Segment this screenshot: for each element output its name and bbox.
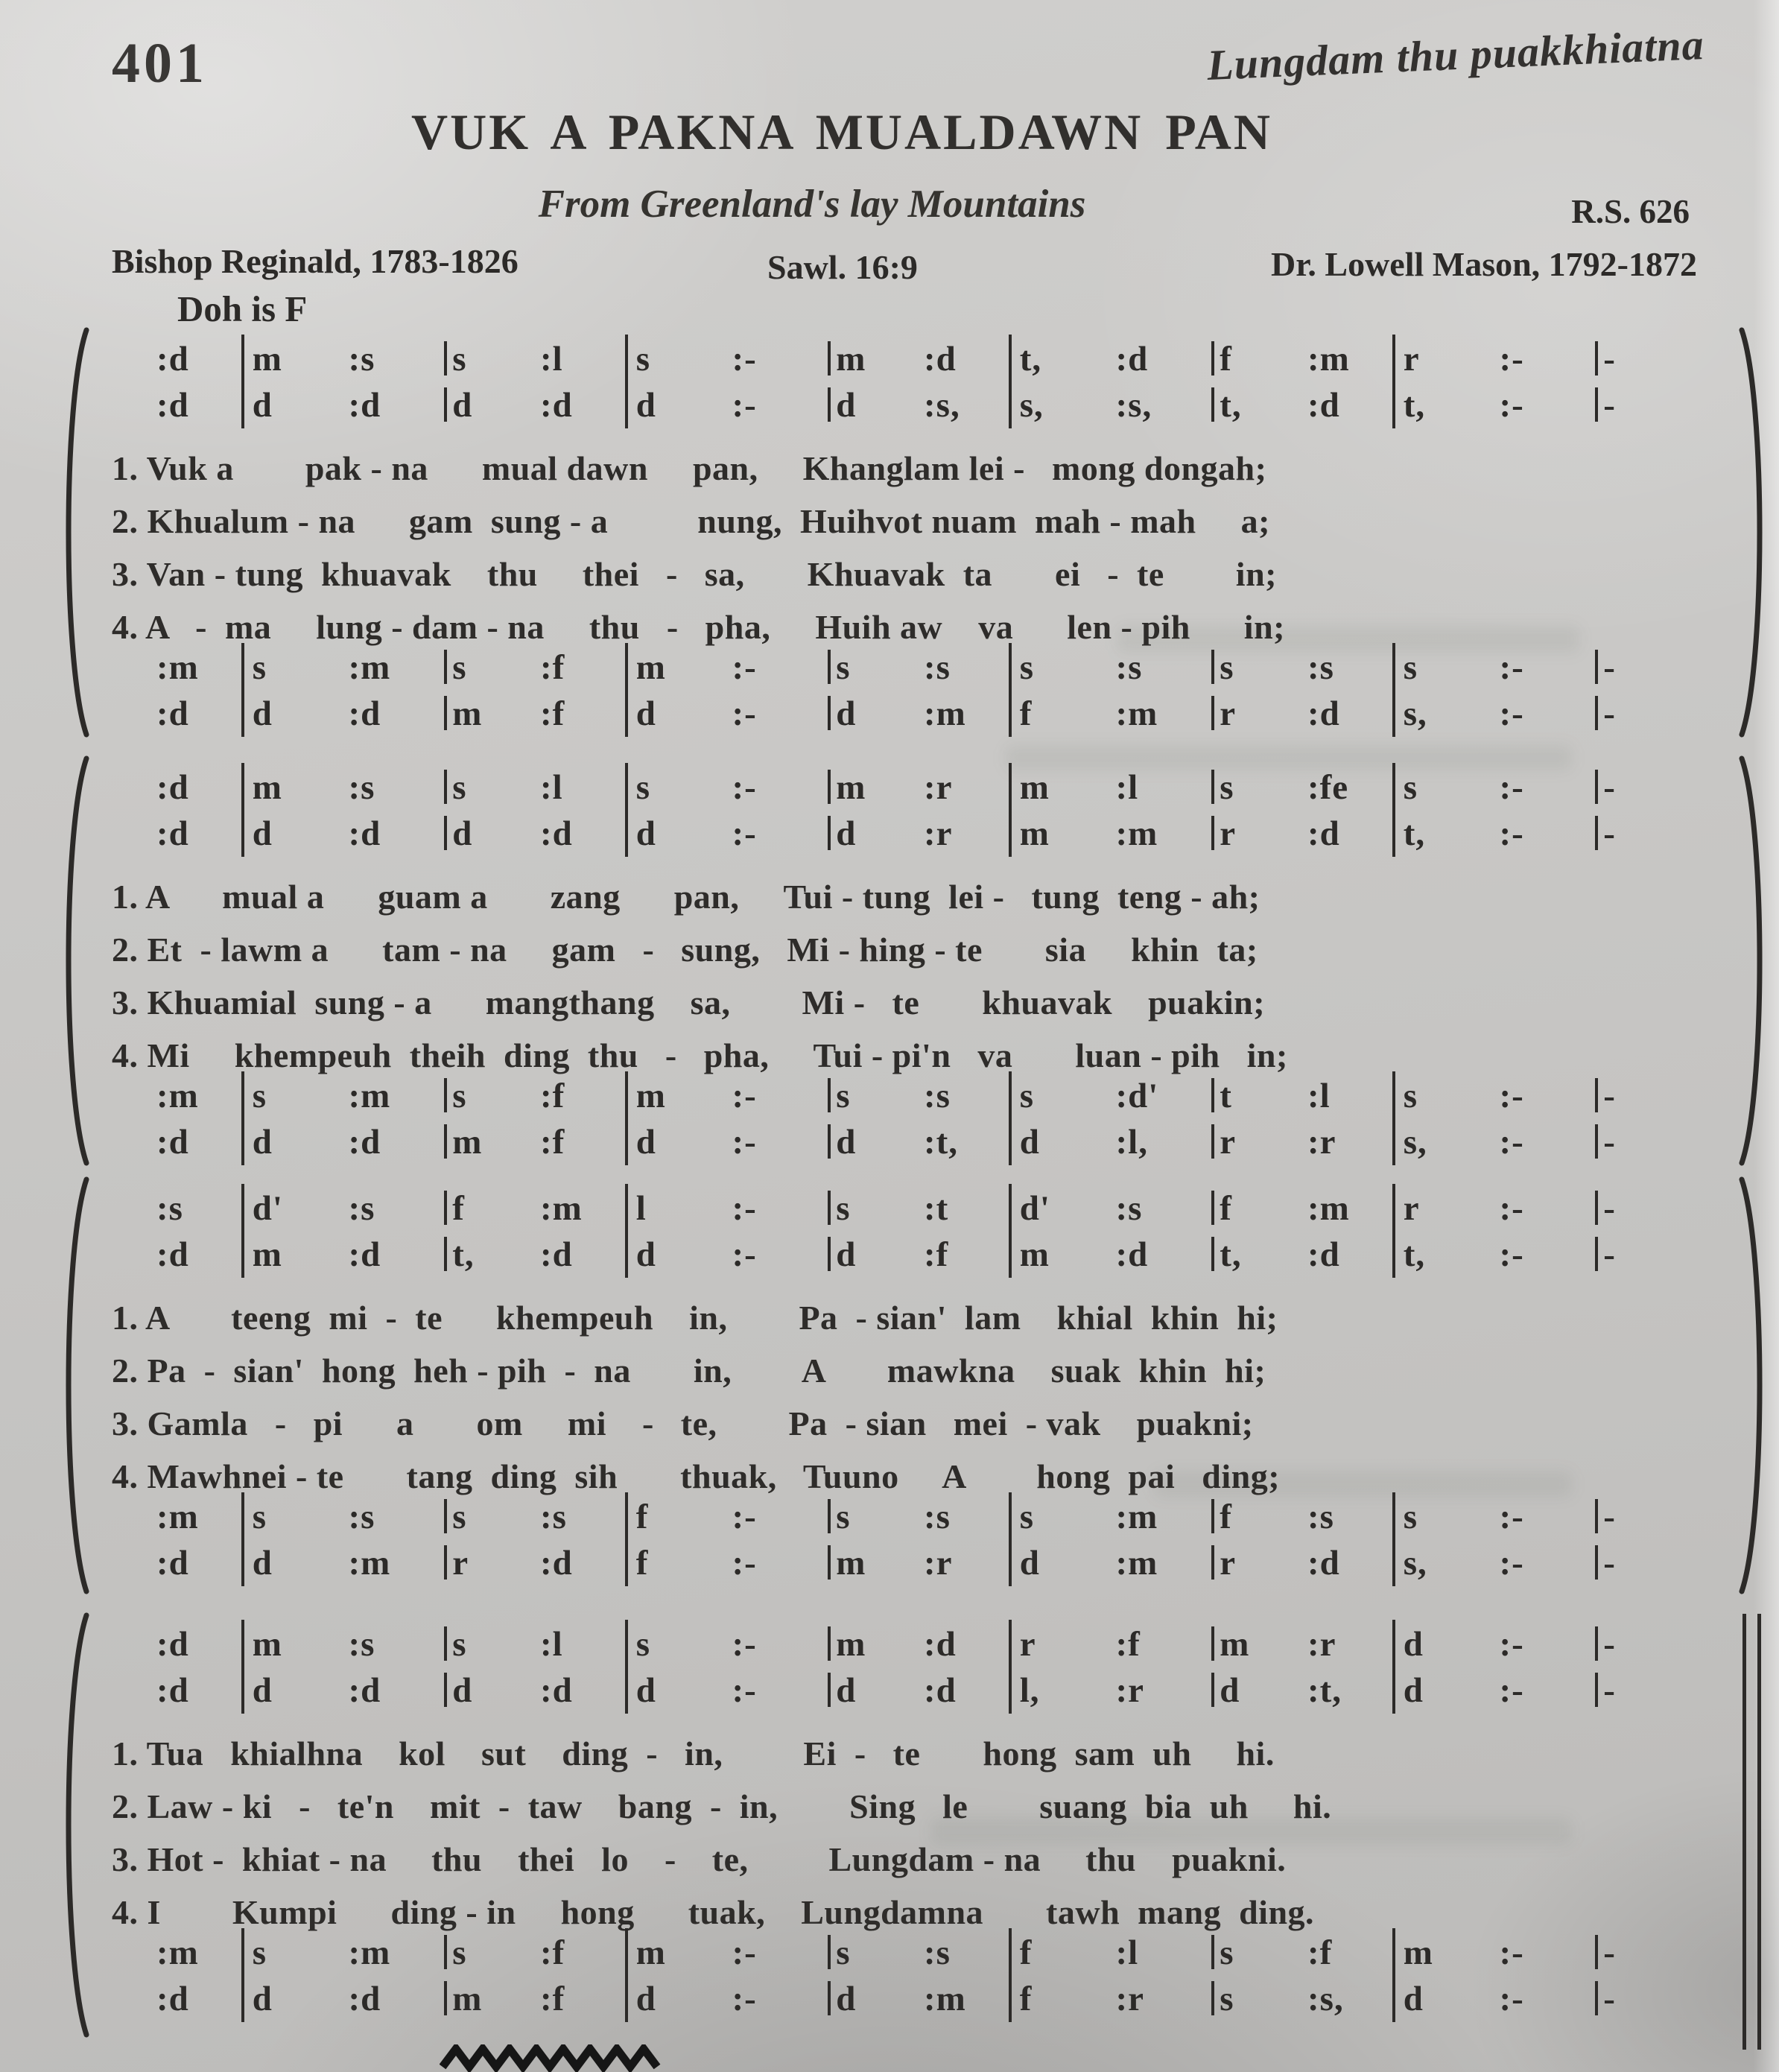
solfa-cell: :m bbox=[349, 1543, 445, 1583]
solfa-cell: :- bbox=[1500, 1188, 1596, 1229]
half-barline bbox=[1595, 816, 1598, 850]
solfa-cell: :t, bbox=[924, 1122, 1020, 1162]
solfa-cell: :f bbox=[540, 1979, 636, 2019]
solfa-cell: :d bbox=[156, 767, 253, 808]
half-barline bbox=[828, 1935, 831, 1969]
solfa-cell: f bbox=[636, 1497, 732, 1537]
verse-line: 2. Pa - sian' hong heh - pih - na in, A … bbox=[112, 1344, 1736, 1397]
half-barline bbox=[1595, 1237, 1598, 1271]
half-barline bbox=[1595, 1981, 1598, 2015]
solfa-cell: :f bbox=[540, 647, 636, 688]
half-barline bbox=[1595, 387, 1598, 422]
solfa-cell: s bbox=[1020, 1497, 1116, 1537]
solfa-cell: :m bbox=[349, 647, 445, 688]
solfa-line: :dd:dd:dd:-d:dl,:rd:t,d:-- bbox=[156, 1667, 1691, 1714]
solfa-cell: :- bbox=[1500, 814, 1596, 854]
half-barline bbox=[828, 1499, 831, 1533]
solfa-cell: :- bbox=[732, 1188, 828, 1229]
verse-line: 1. A teeng mi - te khempeuh in, Pa - sia… bbox=[112, 1291, 1736, 1344]
solfa-cell: :f bbox=[1116, 1624, 1212, 1664]
solfa-cell: l bbox=[636, 1188, 732, 1229]
half-barline bbox=[1211, 1935, 1214, 1969]
solfa-cell: :f bbox=[540, 1933, 636, 1973]
verse-line: 3. Khuamial sung - a mangthang sa, Mi - … bbox=[112, 976, 1736, 1029]
solfa-cell: s bbox=[1211, 767, 1307, 808]
solfa-cell: :- bbox=[732, 814, 828, 854]
solfa-cell: :s bbox=[924, 1076, 1020, 1116]
solfa-cell: f bbox=[444, 1188, 540, 1229]
solfa-line: :dd:dm:fd:-d:mf:rs:s,d:-- bbox=[156, 1976, 1691, 2022]
solfa-line: :dm:ss:ls:-m:dt,:df:mr:-- bbox=[156, 336, 1691, 382]
solfa-cell: :d bbox=[349, 1235, 445, 1275]
solfa-cell: s bbox=[636, 1624, 732, 1664]
half-barline bbox=[444, 1124, 447, 1159]
half-barline bbox=[444, 1673, 447, 1707]
solfa-cell: m bbox=[1020, 1235, 1116, 1275]
solfa-cell: m bbox=[1404, 1933, 1500, 1973]
solfa-staff: :ms:ms:fm:-s:ss:d't:ls:--:dd:dm:fd:-d:t,… bbox=[112, 1073, 1736, 1165]
half-barline bbox=[1211, 1673, 1214, 1707]
solfa-cell: d bbox=[636, 814, 732, 854]
solfa-line: :dm:ss:ls:-m:rm:ls:fes:-- bbox=[156, 764, 1691, 811]
solfa-cell: :- bbox=[1500, 1624, 1596, 1664]
solfa-cell: l, bbox=[1020, 1670, 1116, 1711]
half-barline bbox=[1211, 1499, 1214, 1533]
solfa-cell: :d bbox=[156, 1543, 253, 1583]
solfa-cell: d bbox=[444, 385, 540, 425]
solfa-cell: :- bbox=[732, 767, 828, 808]
solfa-cell: :d bbox=[1307, 1235, 1404, 1275]
solfa-cell: d bbox=[1020, 1543, 1116, 1583]
hymn-system-block: :dm:ss:ls:-m:rm:ls:fes:--:dd:dd:dd:-d:rm… bbox=[112, 760, 1736, 1173]
solfa-cell: s, bbox=[1404, 1122, 1500, 1162]
solfa-cell: d bbox=[1020, 1122, 1116, 1162]
solfa-cell: :d bbox=[156, 1624, 253, 1664]
solfa-cell: m bbox=[636, 1076, 732, 1116]
solfa-cell: d bbox=[828, 1670, 924, 1711]
solfa-cell: :d bbox=[1307, 694, 1404, 734]
solfa-cell: d bbox=[828, 1122, 924, 1162]
solfa-cell: :d bbox=[540, 1543, 636, 1583]
verse-group: 1. Tua khialhna kol sut ding - in, Ei - … bbox=[112, 1727, 1736, 1939]
solfa-cell: f bbox=[1211, 1188, 1307, 1229]
hymn-system-block: :dm:ss:ls:-m:dt,:df:mr:--:dd:dd:dd:-d:s,… bbox=[112, 332, 1736, 745]
solfa-cell: :s bbox=[924, 647, 1020, 688]
half-barline bbox=[1595, 696, 1598, 730]
solfa-cell: :- bbox=[1500, 385, 1596, 425]
solfa-cell: d' bbox=[1020, 1188, 1116, 1229]
solfa-staff: :dm:ss:ls:-m:dt,:df:mr:--:dd:dd:dd:-d:s,… bbox=[112, 336, 1736, 428]
solfa-cell: :- bbox=[1500, 1933, 1596, 1973]
solfa-cell: :- bbox=[732, 1076, 828, 1116]
solfa-cell: :s bbox=[349, 767, 445, 808]
half-barline bbox=[444, 770, 447, 804]
solfa-cell: t, bbox=[1404, 1235, 1500, 1275]
solfa-cell: :- bbox=[1500, 339, 1596, 379]
solfa-cell: - bbox=[1595, 1497, 1691, 1537]
solfa-cell: :f bbox=[540, 1076, 636, 1116]
solfa-cell: :s bbox=[156, 1188, 253, 1229]
solfa-cell: :- bbox=[732, 1670, 828, 1711]
half-barline bbox=[1211, 1237, 1214, 1271]
solfa-cell: m bbox=[444, 1122, 540, 1162]
solfa-cell: :s bbox=[1116, 1188, 1212, 1229]
system-brace-right bbox=[1736, 754, 1775, 1168]
solfa-cell: d' bbox=[253, 1188, 349, 1229]
solfa-cell: t, bbox=[1404, 814, 1500, 854]
solfa-cell: m bbox=[828, 1624, 924, 1664]
half-barline bbox=[1211, 1078, 1214, 1112]
solfa-cell: - bbox=[1595, 385, 1691, 425]
system-brace-right bbox=[1736, 1175, 1775, 1596]
solfa-line: :dd:mr:df:-m:rd:mr:ds,:-- bbox=[156, 1540, 1691, 1586]
verse-line: 2. Khualum - na gam sung - a nung, Huihv… bbox=[112, 495, 1736, 548]
solfa-cell: s bbox=[828, 1497, 924, 1537]
solfa-cell: d bbox=[253, 1670, 349, 1711]
half-barline bbox=[1595, 1124, 1598, 1159]
half-barline bbox=[1595, 1935, 1598, 1969]
solfa-cell: :l bbox=[1307, 1076, 1404, 1116]
solfa-cell: :- bbox=[1500, 1979, 1596, 2019]
solfa-cell: :l, bbox=[1116, 1122, 1212, 1162]
solfa-cell: s bbox=[1211, 647, 1307, 688]
solfa-cell: m bbox=[636, 647, 732, 688]
verse-group: 1. A teeng mi - te khempeuh in, Pa - sia… bbox=[112, 1291, 1736, 1503]
solfa-cell: :d bbox=[349, 385, 445, 425]
solfa-cell: s, bbox=[1020, 385, 1116, 425]
solfa-cell: m bbox=[1211, 1624, 1307, 1664]
solfa-cell: s bbox=[828, 1933, 924, 1973]
solfa-cell: s bbox=[1404, 767, 1500, 808]
verse-group: 1. A mual a guam a zang pan, Tui - tung … bbox=[112, 870, 1736, 1082]
solfa-cell: s bbox=[1404, 1076, 1500, 1116]
half-barline bbox=[1595, 1078, 1598, 1112]
half-barline bbox=[1595, 341, 1598, 376]
solfa-cell: d bbox=[636, 1670, 732, 1711]
solfa-cell: - bbox=[1595, 1076, 1691, 1116]
half-barline bbox=[1211, 770, 1214, 804]
half-barline bbox=[1211, 650, 1214, 684]
solfa-cell: d bbox=[253, 814, 349, 854]
solfa-cell: s, bbox=[1404, 1543, 1500, 1583]
solfa-cell: :d bbox=[540, 1670, 636, 1711]
half-barline bbox=[828, 816, 831, 850]
solfa-cell: s bbox=[444, 767, 540, 808]
solfa-cell: f bbox=[1211, 1497, 1307, 1537]
solfa-cell: :- bbox=[732, 1933, 828, 1973]
solfa-cell: :s bbox=[924, 1497, 1020, 1537]
half-barline bbox=[1595, 1191, 1598, 1225]
hymnal-page-photo: 401 Lungdam thu puakkhiatna VUK A PAKNA … bbox=[0, 0, 1779, 2072]
half-barline bbox=[828, 650, 831, 684]
solfa-cell: :fe bbox=[1307, 767, 1404, 808]
solfa-cell: d bbox=[253, 385, 349, 425]
solfa-cell: :m bbox=[156, 1933, 253, 1973]
solfa-cell: :s bbox=[349, 1624, 445, 1664]
solfa-cell: :d bbox=[349, 814, 445, 854]
half-barline bbox=[828, 341, 831, 376]
solfa-cell: t, bbox=[1404, 385, 1500, 425]
system-brace-left bbox=[54, 326, 92, 739]
solfa-cell: :d bbox=[156, 1235, 253, 1275]
half-barline bbox=[1211, 816, 1214, 850]
solfa-line: :sd':sf:ml:-s:td':sf:mr:-- bbox=[156, 1185, 1691, 1232]
solfa-cell: :l bbox=[540, 767, 636, 808]
solfa-cell: :d bbox=[1307, 1543, 1404, 1583]
solfa-cell: :f bbox=[924, 1235, 1020, 1275]
solfa-cell: m bbox=[253, 339, 349, 379]
solfa-cell: r bbox=[1211, 1543, 1307, 1583]
solfa-cell: :l bbox=[1116, 1933, 1212, 1973]
half-barline bbox=[444, 1626, 447, 1661]
zigzag-mark bbox=[440, 2044, 663, 2072]
solfa-cell: :m bbox=[1116, 694, 1212, 734]
solfa-cell: :r bbox=[924, 1543, 1020, 1583]
hymn-systems: :dm:ss:ls:-m:dt,:df:mr:--:dd:dd:dd:-d:s,… bbox=[0, 0, 1779, 2072]
half-barline bbox=[1211, 696, 1214, 730]
solfa-cell: :- bbox=[732, 1979, 828, 2019]
half-barline bbox=[828, 1545, 831, 1580]
solfa-cell: :- bbox=[1500, 1076, 1596, 1116]
solfa-cell: :r bbox=[1307, 1122, 1404, 1162]
half-barline bbox=[1211, 387, 1214, 422]
solfa-cell: :m bbox=[924, 694, 1020, 734]
solfa-cell: s bbox=[444, 1933, 540, 1973]
solfa-cell: :m bbox=[1307, 339, 1404, 379]
solfa-cell: s bbox=[253, 1076, 349, 1116]
solfa-cell: :m bbox=[1116, 1543, 1212, 1583]
solfa-cell: m bbox=[444, 694, 540, 734]
half-barline bbox=[1595, 650, 1598, 684]
solfa-cell: :- bbox=[1500, 1670, 1596, 1711]
solfa-cell: - bbox=[1595, 1188, 1691, 1229]
verse-line: 2. Et - lawm a tam - na gam - sung, Mi -… bbox=[112, 923, 1736, 976]
solfa-cell: f bbox=[1211, 339, 1307, 379]
solfa-cell: :s, bbox=[1116, 385, 1212, 425]
solfa-cell: :- bbox=[732, 385, 828, 425]
solfa-cell: m bbox=[828, 767, 924, 808]
solfa-cell: d bbox=[828, 694, 924, 734]
solfa-cell: d bbox=[636, 1235, 732, 1275]
solfa-cell: :f bbox=[540, 694, 636, 734]
solfa-line: :dd:dm:fd:-d:mf:mr:ds,:-- bbox=[156, 691, 1691, 737]
solfa-cell: :r bbox=[924, 767, 1020, 808]
solfa-cell: f bbox=[1020, 1979, 1116, 2019]
solfa-cell: :f bbox=[1307, 1933, 1404, 1973]
verse-line: 2. Law - ki - te'n mit - taw bang - in, … bbox=[112, 1780, 1736, 1833]
solfa-cell: :s bbox=[924, 1933, 1020, 1973]
solfa-cell: s bbox=[1211, 1933, 1307, 1973]
half-barline bbox=[444, 816, 447, 850]
solfa-cell: :- bbox=[1500, 1122, 1596, 1162]
solfa-cell: s bbox=[1020, 1076, 1116, 1116]
solfa-cell: m bbox=[1020, 814, 1116, 854]
solfa-cell: :d bbox=[156, 339, 253, 379]
half-barline bbox=[1211, 1626, 1214, 1661]
half-barline bbox=[444, 1191, 447, 1225]
solfa-cell: :t bbox=[924, 1188, 1020, 1229]
solfa-cell: :d bbox=[1307, 385, 1404, 425]
solfa-cell: d bbox=[828, 1979, 924, 2019]
solfa-cell: s bbox=[1404, 647, 1500, 688]
solfa-cell: :- bbox=[1500, 767, 1596, 808]
solfa-cell: :m bbox=[349, 1933, 445, 1973]
solfa-cell: :d bbox=[540, 385, 636, 425]
solfa-cell: :s bbox=[1307, 647, 1404, 688]
solfa-cell: s bbox=[828, 647, 924, 688]
solfa-cell: d bbox=[828, 385, 924, 425]
solfa-cell: :r bbox=[1116, 1979, 1212, 2019]
solfa-cell: d bbox=[636, 385, 732, 425]
verse-line: 3. Van - tung khuavak thu thei - sa, Khu… bbox=[112, 548, 1736, 601]
solfa-cell: :d bbox=[1116, 1235, 1212, 1275]
half-barline bbox=[1211, 1191, 1214, 1225]
solfa-cell: :s bbox=[349, 1497, 445, 1537]
solfa-cell: s bbox=[1404, 1497, 1500, 1537]
solfa-cell: m bbox=[253, 1624, 349, 1664]
solfa-cell: f bbox=[1020, 1933, 1116, 1973]
system-brace-left bbox=[54, 1175, 92, 1596]
solfa-cell: s bbox=[636, 339, 732, 379]
solfa-line: :ms:ss:sf:-s:ss:mf:ss:-- bbox=[156, 1494, 1691, 1540]
solfa-cell: :m bbox=[156, 1076, 253, 1116]
solfa-cell: s bbox=[253, 647, 349, 688]
solfa-cell: d bbox=[1404, 1979, 1500, 2019]
solfa-cell: d bbox=[253, 1122, 349, 1162]
half-barline bbox=[1211, 1545, 1214, 1580]
solfa-cell: t, bbox=[1211, 385, 1307, 425]
half-barline bbox=[828, 1981, 831, 2015]
solfa-cell: :- bbox=[732, 1497, 828, 1537]
solfa-cell: :m bbox=[156, 1497, 253, 1537]
solfa-staff: :ms:ms:fm:-s:ss:ss:ss:--:dd:dm:fd:-d:mf:… bbox=[112, 644, 1736, 737]
solfa-cell: - bbox=[1595, 767, 1691, 808]
solfa-cell: - bbox=[1595, 1543, 1691, 1583]
solfa-cell: d bbox=[253, 1543, 349, 1583]
solfa-cell: r bbox=[444, 1543, 540, 1583]
solfa-line: :dd:dm:fd:-d:t,d:l,r:rs,:-- bbox=[156, 1119, 1691, 1165]
solfa-cell: s bbox=[444, 1624, 540, 1664]
solfa-cell: :r bbox=[924, 814, 1020, 854]
solfa-cell: f bbox=[636, 1543, 732, 1583]
solfa-cell: - bbox=[1595, 1933, 1691, 1973]
solfa-cell: :d' bbox=[1116, 1076, 1212, 1116]
solfa-cell: r bbox=[1404, 339, 1500, 379]
solfa-cell: :- bbox=[732, 647, 828, 688]
solfa-cell: :- bbox=[1500, 1543, 1596, 1583]
half-barline bbox=[444, 341, 447, 376]
half-barline bbox=[1595, 1626, 1598, 1661]
solfa-cell: :d bbox=[156, 1122, 253, 1162]
solfa-cell: :- bbox=[732, 339, 828, 379]
solfa-cell: s bbox=[1211, 1979, 1307, 2019]
solfa-cell: :f bbox=[540, 1122, 636, 1162]
half-barline bbox=[444, 650, 447, 684]
solfa-cell: s bbox=[828, 1188, 924, 1229]
solfa-line: :dm:dt,:dd:-d:fm:dt,:dt,:-- bbox=[156, 1232, 1691, 1278]
verse-line: 3. Gamla - pi a om mi - te, Pa - sian me… bbox=[112, 1397, 1736, 1450]
solfa-cell: :d bbox=[924, 1670, 1020, 1711]
half-barline bbox=[444, 1981, 447, 2015]
solfa-cell: :d bbox=[540, 814, 636, 854]
solfa-cell: :- bbox=[1500, 1497, 1596, 1537]
solfa-cell: :s bbox=[349, 339, 445, 379]
half-barline bbox=[828, 387, 831, 422]
solfa-cell: :m bbox=[1116, 1497, 1212, 1537]
solfa-cell: r bbox=[1211, 1122, 1307, 1162]
solfa-cell: - bbox=[1595, 647, 1691, 688]
solfa-cell: :l bbox=[540, 339, 636, 379]
solfa-cell: - bbox=[1595, 694, 1691, 734]
half-barline bbox=[1595, 1499, 1598, 1533]
solfa-cell: :- bbox=[732, 1543, 828, 1583]
solfa-cell: m bbox=[444, 1979, 540, 2019]
solfa-cell: :d bbox=[156, 1670, 253, 1711]
solfa-cell: r bbox=[1211, 694, 1307, 734]
half-barline bbox=[444, 1237, 447, 1271]
solfa-cell: d bbox=[636, 1122, 732, 1162]
solfa-cell: :d bbox=[1307, 814, 1404, 854]
solfa-cell: :m bbox=[156, 647, 253, 688]
verse-line: 1. A mual a guam a zang pan, Tui - tung … bbox=[112, 870, 1736, 923]
solfa-cell: :m bbox=[349, 1076, 445, 1116]
half-barline bbox=[1211, 1981, 1214, 2015]
solfa-cell: :r bbox=[1307, 1624, 1404, 1664]
solfa-cell: :- bbox=[732, 1624, 828, 1664]
solfa-line: :ms:ms:fm:-s:sf:ls:fm:-- bbox=[156, 1930, 1691, 1976]
solfa-cell: :m bbox=[1116, 814, 1212, 854]
half-barline bbox=[444, 1935, 447, 1969]
solfa-cell: :t, bbox=[1307, 1670, 1404, 1711]
verse-group: 1. Vuk a pak - na mual dawn pan, Khangla… bbox=[112, 442, 1736, 653]
solfa-cell: :r bbox=[1116, 1670, 1212, 1711]
half-barline bbox=[444, 1545, 447, 1580]
solfa-cell: s bbox=[444, 647, 540, 688]
solfa-cell: m bbox=[1020, 767, 1116, 808]
half-barline bbox=[444, 1499, 447, 1533]
verse-line: 3. Hot - khiat - na thu thei lo - te, Lu… bbox=[112, 1833, 1736, 1886]
half-barline bbox=[1595, 770, 1598, 804]
solfa-cell: - bbox=[1595, 1235, 1691, 1275]
hymn-system-block: :sd':sf:ml:-s:td':sf:mr:--:dm:dt,:dd:-d:… bbox=[112, 1181, 1736, 1602]
solfa-cell: d bbox=[1211, 1670, 1307, 1711]
solfa-cell: d bbox=[1404, 1670, 1500, 1711]
half-barline bbox=[444, 1078, 447, 1112]
half-barline bbox=[828, 1191, 831, 1225]
solfa-cell: s bbox=[444, 1497, 540, 1537]
solfa-staff: :sd':sf:ml:-s:td':sf:mr:--:dm:dt,:dd:-d:… bbox=[112, 1185, 1736, 1278]
system-brace-left bbox=[54, 754, 92, 1168]
solfa-cell: :d bbox=[349, 1122, 445, 1162]
solfa-cell: :d bbox=[156, 814, 253, 854]
half-barline bbox=[828, 1673, 831, 1707]
solfa-cell: m bbox=[636, 1933, 732, 1973]
solfa-cell: :d bbox=[156, 694, 253, 734]
half-barline bbox=[1595, 1545, 1598, 1580]
solfa-cell: :- bbox=[732, 1235, 828, 1275]
solfa-cell: :m bbox=[1307, 1188, 1404, 1229]
solfa-cell: :d bbox=[156, 1979, 253, 2019]
solfa-cell: :s, bbox=[924, 385, 1020, 425]
solfa-cell: s bbox=[253, 1497, 349, 1537]
solfa-cell: s bbox=[828, 1076, 924, 1116]
solfa-cell: :m bbox=[540, 1188, 636, 1229]
solfa-cell: :- bbox=[732, 694, 828, 734]
half-barline bbox=[828, 696, 831, 730]
solfa-cell: d bbox=[828, 1235, 924, 1275]
solfa-cell: :m bbox=[924, 1979, 1020, 2019]
half-barline bbox=[1211, 341, 1214, 376]
